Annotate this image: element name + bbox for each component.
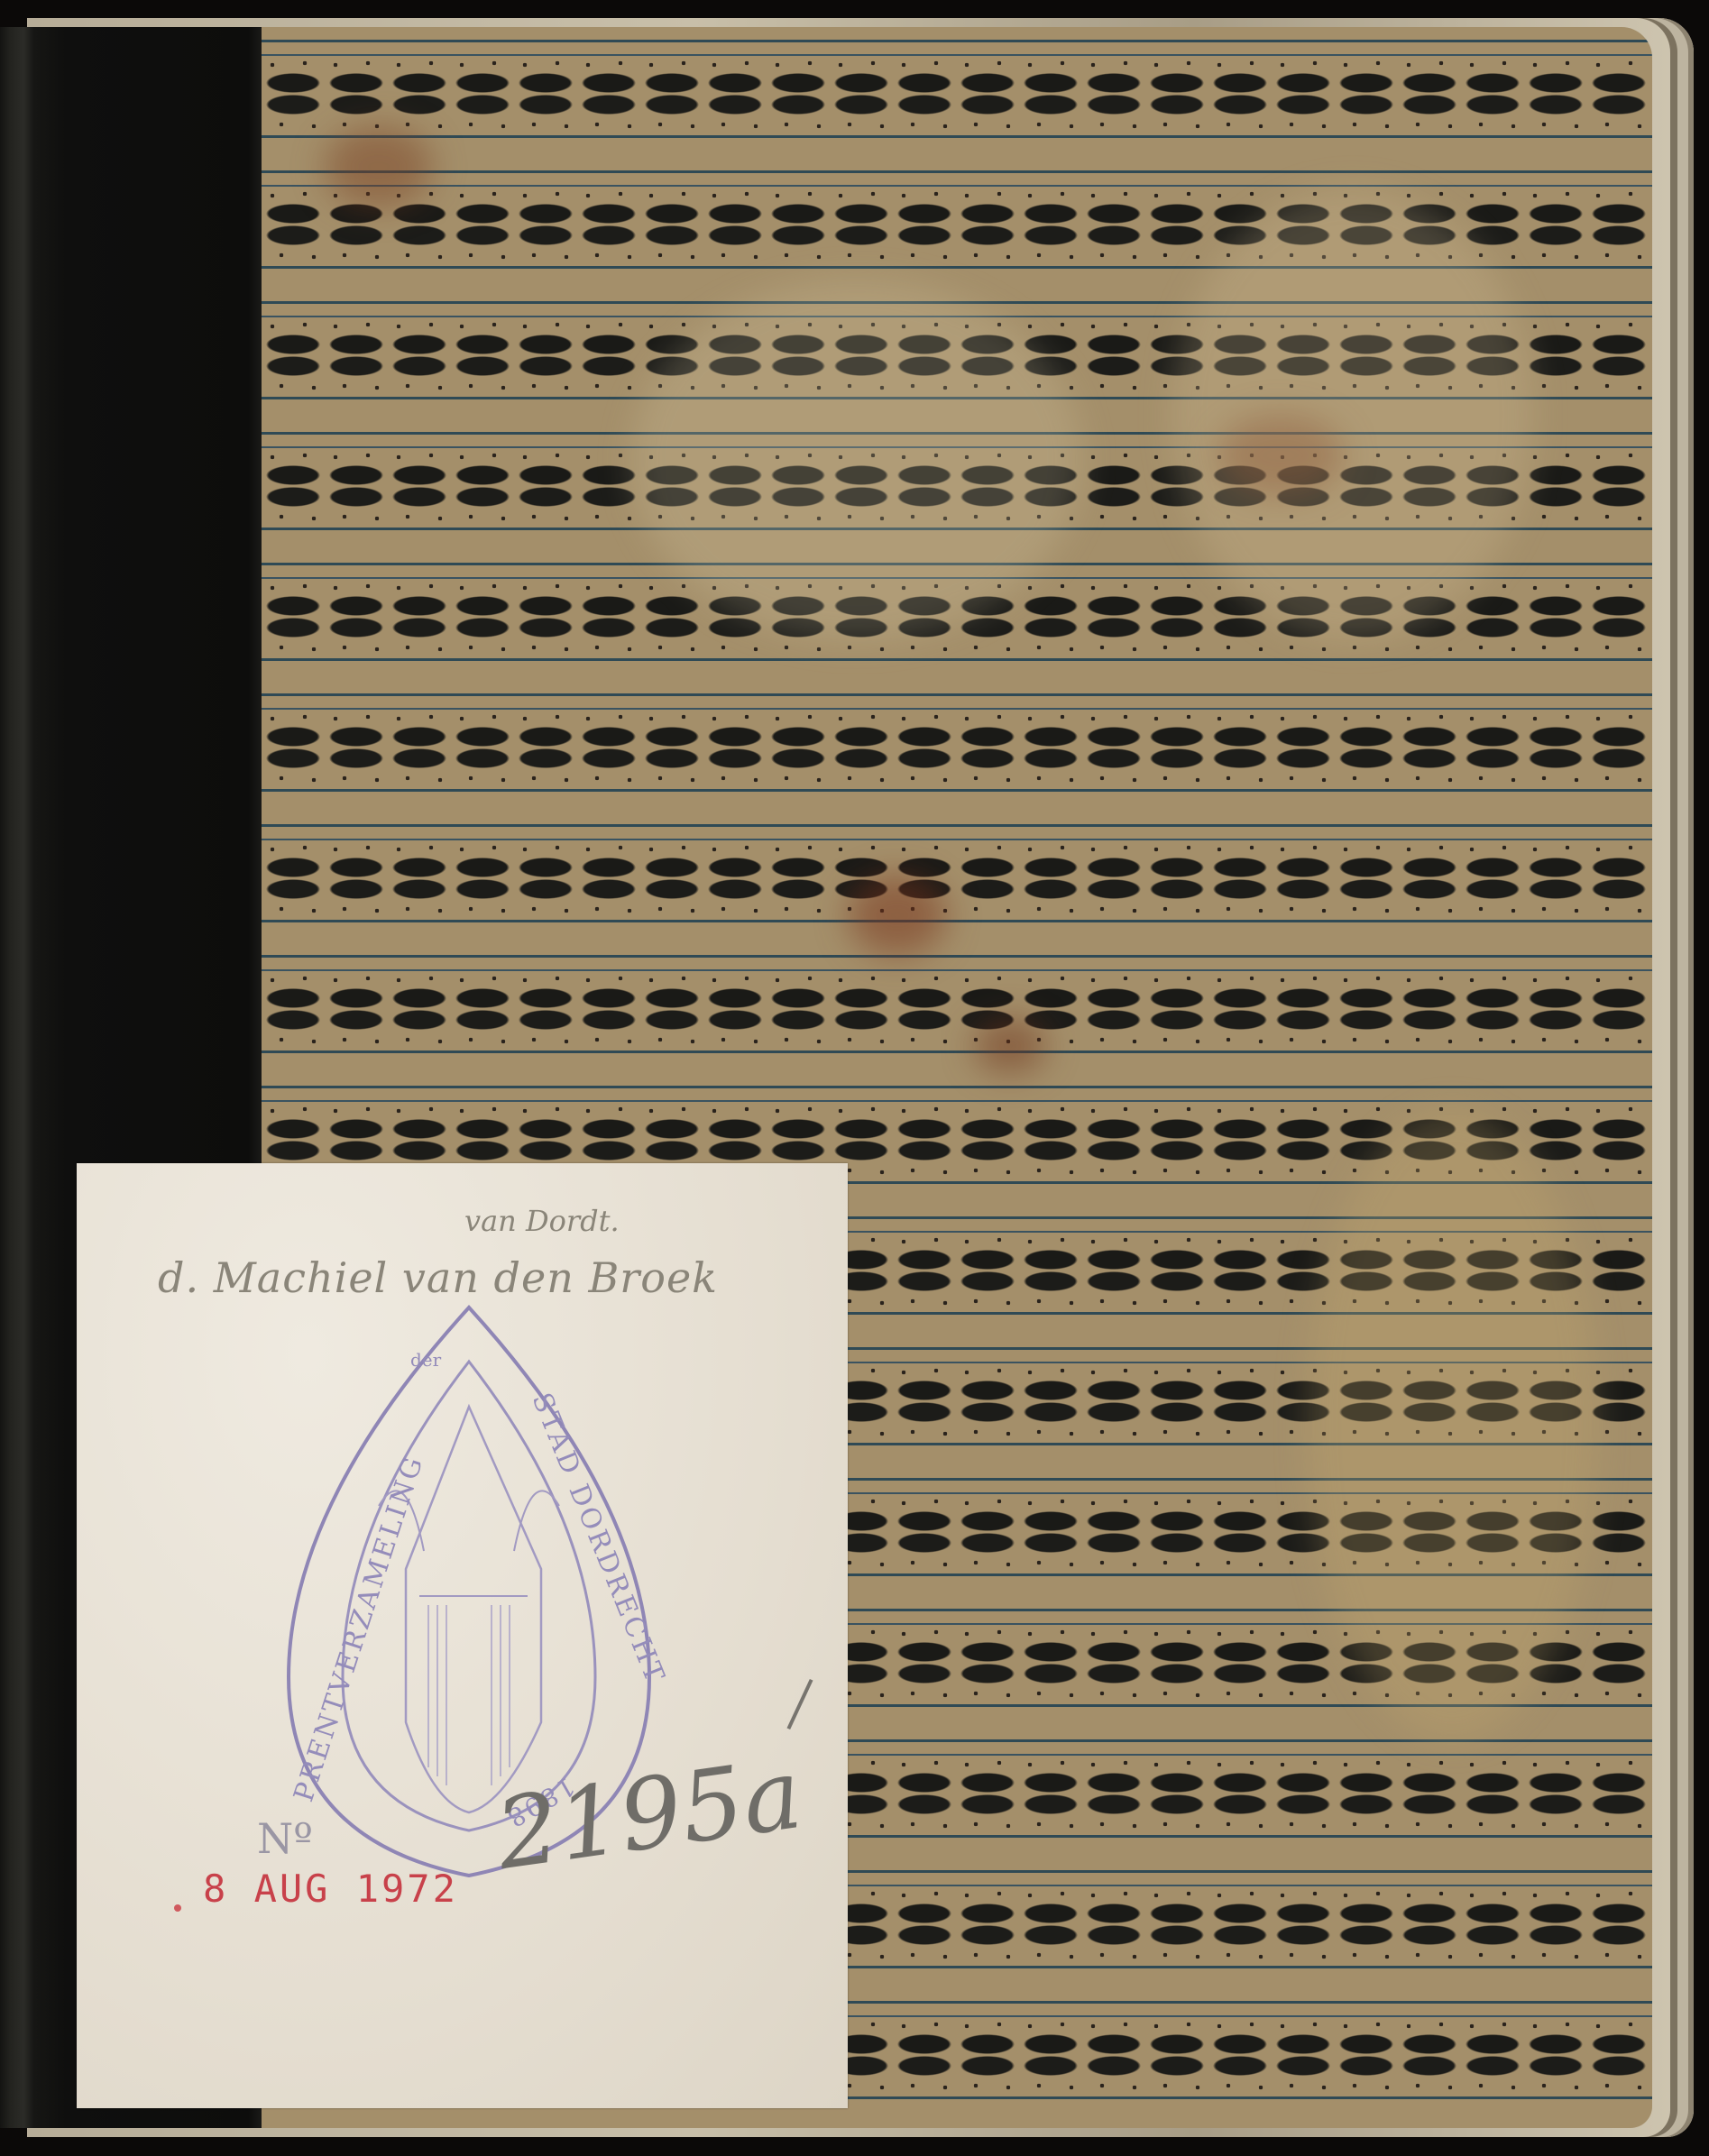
date-stamp: 8 AUG 1972: [203, 1867, 458, 1911]
svg-text:der: der: [410, 1349, 442, 1371]
stain: [974, 1019, 1046, 1073]
pencil-tick-mark: [787, 1679, 813, 1729]
svg-text:STAD DORDRECHT: STAD DORDRECHT: [526, 1389, 667, 1689]
handwritten-owner: d. Machiel van den Broek: [158, 1253, 718, 1302]
stain: [1172, 189, 1533, 640]
stain: [325, 126, 433, 207]
collection-label: van Dordt. d. Machiel van den Broek PREN…: [77, 1163, 848, 2108]
stain: [848, 875, 947, 956]
stain: [631, 280, 1082, 640]
ink-dot: [174, 1904, 181, 1912]
book-photo: van Dordt. d. Machiel van den Broek PREN…: [0, 0, 1709, 2156]
stain: [1308, 1109, 1596, 1740]
number-prefix: Nº: [257, 1814, 313, 1863]
handwritten-origin: van Dordt.: [464, 1204, 620, 1238]
